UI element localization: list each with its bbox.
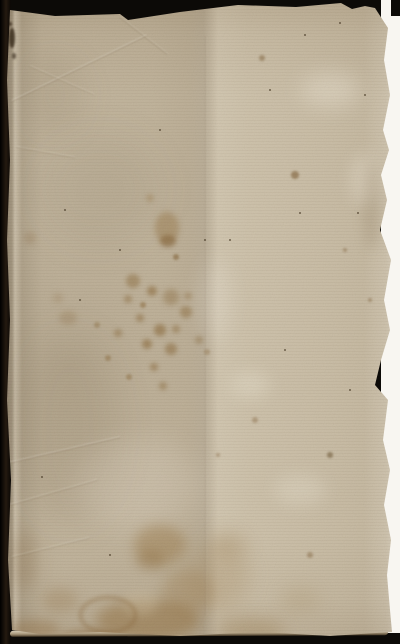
speckle (159, 129, 161, 131)
photo-background (0, 0, 400, 644)
speckle (357, 212, 359, 214)
crease-line (16, 146, 75, 158)
stain (134, 525, 186, 565)
crease-line (205, 36, 207, 616)
stain (259, 55, 265, 61)
stain (343, 248, 347, 252)
speckle (204, 239, 206, 241)
stain (13, 530, 37, 590)
stain (24, 232, 36, 244)
stain (188, 537, 248, 613)
stain (22, 335, 118, 525)
stain (327, 452, 333, 458)
stain (94, 322, 100, 328)
stain (150, 363, 158, 371)
speckle (64, 209, 66, 211)
stain (126, 274, 140, 288)
stain (300, 72, 360, 108)
speckle (269, 89, 271, 91)
stain (216, 453, 220, 457)
stain (280, 586, 320, 614)
stain (155, 212, 179, 244)
stain (12, 53, 16, 59)
stain (163, 289, 179, 305)
stain (136, 314, 144, 322)
stain (40, 135, 160, 245)
stain (59, 311, 77, 325)
stain (154, 324, 166, 336)
stain (230, 371, 270, 399)
stain (136, 550, 164, 570)
speckle (109, 554, 111, 556)
stain (199, 260, 231, 340)
speckle (299, 212, 301, 214)
stain (307, 552, 313, 558)
stain (351, 154, 379, 206)
stain (75, 440, 205, 530)
stain (147, 286, 157, 296)
stain (204, 349, 210, 355)
stain (195, 336, 203, 344)
stain (184, 292, 192, 300)
stain (368, 298, 372, 302)
speckle (79, 299, 81, 301)
speckle (229, 239, 231, 241)
speckle-layer (0, 0, 400, 644)
crease-line (8, 436, 121, 464)
stain (126, 374, 132, 380)
crease-line (6, 479, 98, 507)
crease-line (12, 537, 90, 558)
crease-layer (0, 0, 400, 644)
stain (146, 194, 154, 202)
stain (162, 570, 214, 614)
paper-grain-overlay (0, 0, 400, 644)
stain (173, 254, 179, 260)
crease-line (30, 65, 95, 95)
stain (124, 295, 132, 303)
stain (165, 343, 177, 355)
stain (160, 235, 176, 247)
ring-stain (79, 596, 137, 634)
stain (140, 302, 146, 308)
stain (291, 171, 299, 179)
speckle (41, 476, 43, 478)
stain (180, 306, 192, 318)
stain (274, 474, 326, 506)
stain (42, 588, 78, 612)
speckle (304, 34, 306, 36)
stain (142, 339, 152, 349)
stain (215, 618, 285, 642)
stain (9, 28, 15, 48)
speckle (284, 349, 286, 351)
stain (364, 160, 380, 250)
stain (212, 531, 248, 559)
stain (172, 325, 180, 333)
stain (114, 329, 122, 337)
stain (53, 293, 63, 303)
stain (25, 55, 85, 135)
stain (122, 591, 158, 615)
speckle (119, 249, 121, 251)
crease-line (12, 34, 148, 102)
stain-layer (0, 0, 400, 644)
crease-line (119, 16, 168, 55)
speckle (364, 94, 366, 96)
book-page (0, 0, 400, 644)
top-right-backdrop-notch (391, 0, 400, 16)
stain (105, 355, 111, 361)
speckle (349, 389, 351, 391)
stain (159, 382, 167, 390)
speckle (339, 22, 341, 24)
stain (252, 417, 258, 423)
stain (10, 620, 60, 640)
